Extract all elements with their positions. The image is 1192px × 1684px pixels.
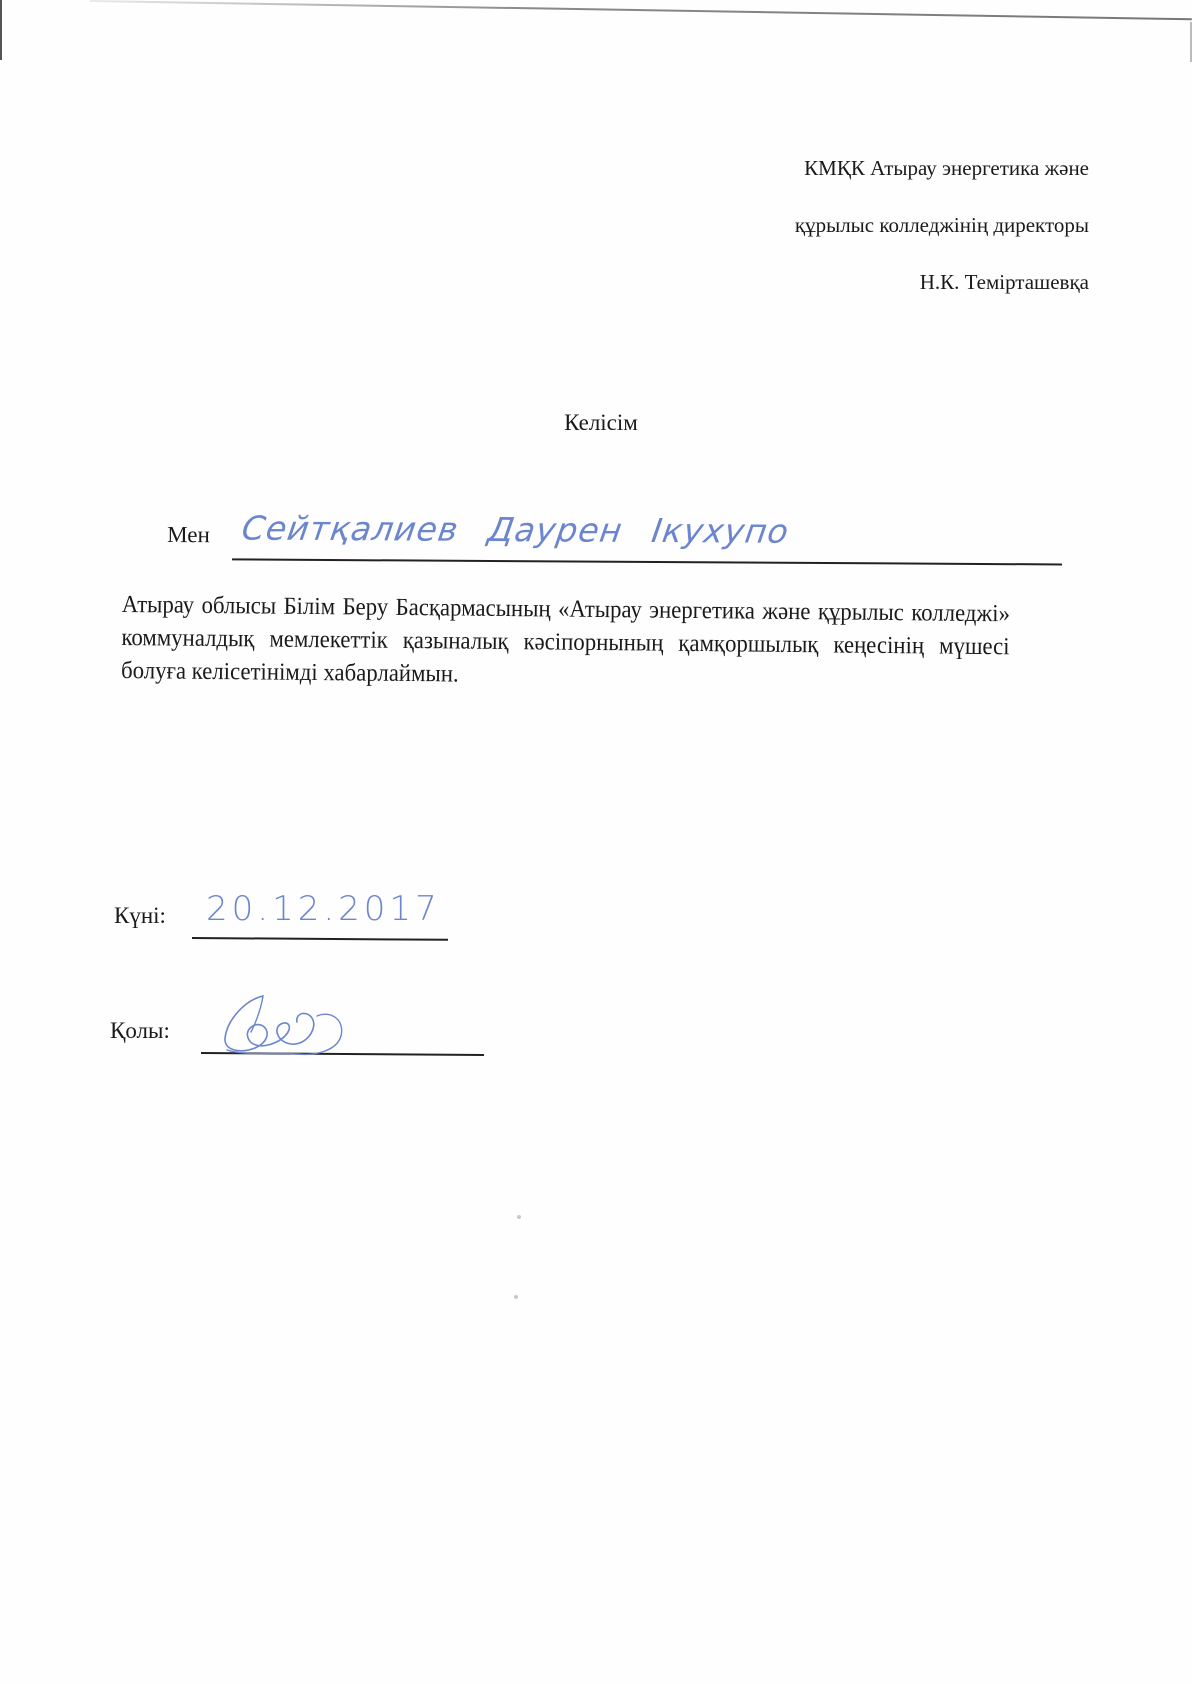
- handwritten-name: Сейтқалиев Даурен Ікухупо: [239, 508, 792, 550]
- addressee-block: КМҚК Атырау энергетика және құрылыс колл…: [795, 140, 1089, 311]
- intro-name-row: Мен Сейтқалиев Даурен Ікухупо: [167, 522, 1062, 567]
- signature-label: Қолы:: [110, 1018, 170, 1044]
- date-field: Күні: 20.12.2017: [114, 895, 454, 941]
- scan-edge-left: [0, 0, 2, 60]
- scan-speck: [517, 1215, 521, 1219]
- signature-field: Қолы:: [110, 1010, 490, 1056]
- date-label: Күні:: [114, 903, 166, 929]
- handwritten-date: 20.12.2017: [206, 889, 441, 929]
- addressee-line-3: Н.К. Темірташевқа: [795, 254, 1089, 311]
- addressee-line-2: құрылыс колледжінің директоры: [795, 197, 1089, 254]
- intro-label: Мен: [167, 522, 210, 548]
- scanned-page: КМҚК Атырау энергетика және құрылыс колл…: [0, 0, 1192, 1684]
- scan-edge-top: [90, 0, 1192, 20]
- scan-speck: [514, 1295, 518, 1299]
- addressee-line-1: КМҚК Атырау энергетика және: [795, 140, 1089, 197]
- name-underline: [232, 558, 1062, 565]
- document-title: Келісім: [0, 410, 1192, 436]
- consent-body-text: Атырау облысы Білім Беру Басқармасының «…: [121, 588, 1010, 696]
- date-underline: [192, 937, 448, 940]
- signature-icon: [205, 990, 355, 1060]
